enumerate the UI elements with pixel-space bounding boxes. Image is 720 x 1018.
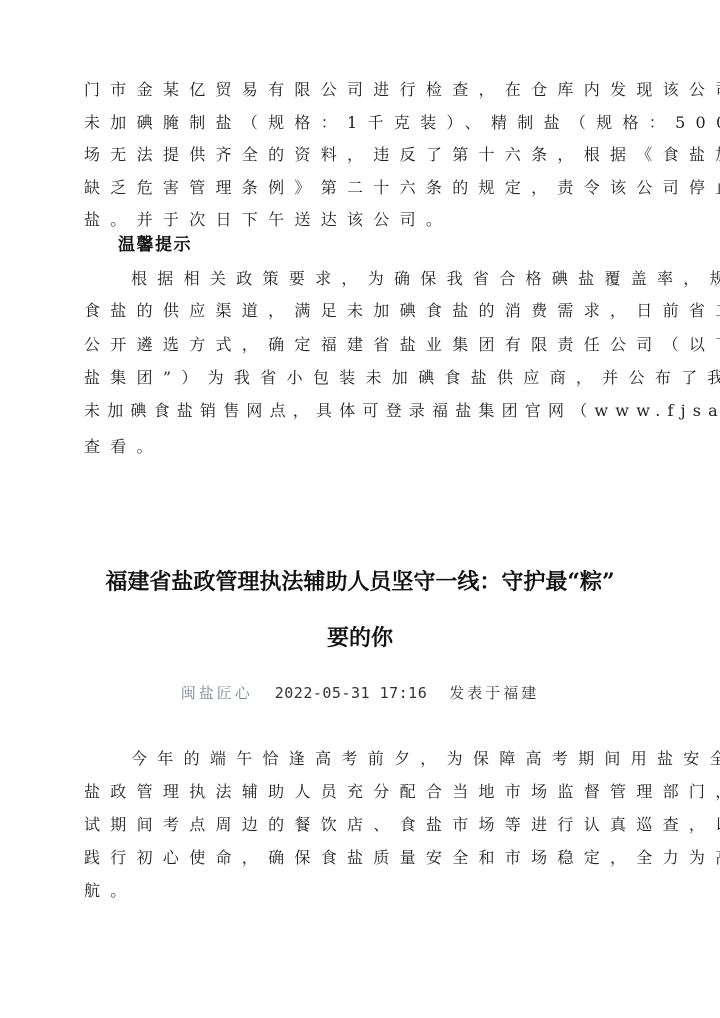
paragraph-line: 缺乏危害管理条例》第二十六条的规定，责令该公司停止销售无碘 (84, 178, 720, 198)
paragraph-line: 今年的端午恰逢高考前夕，为保障高考期间用盐安全，福建省 (131, 749, 720, 769)
paragraph-line: 盐政管理执法辅助人员充分配合当地市场监督管理部门，加强对考 (84, 782, 720, 802)
paragraph-line: 未加碘腌制盐（规格：1千克装）、精制盐（规格：500克装），现 (84, 113, 720, 133)
publish-location: 发表于福建 (449, 684, 539, 702)
article-meta: 闽盐匠心2022-05-31 17:16发表于福建 (0, 682, 720, 704)
paragraph-line: 未加碘食盐销售网点，具体可登录福盐集团官网（www.fjsalt.com） (84, 401, 720, 421)
article-title-line2: 要的你 (0, 624, 720, 652)
paragraph-line: 查看。 (84, 437, 163, 457)
paragraph-line: 航。 (84, 881, 137, 901)
paragraph-line: 食盐的供应渠道，满足未加碘食盐的消费需求，日前省工信厅通过 (84, 301, 720, 321)
article-title-line1: 福建省盐政管理执法辅助人员坚守一线：守护最“粽” (0, 568, 720, 596)
author-name[interactable]: 闽盐匠心 (181, 684, 253, 702)
tip-heading: 温馨提示 (118, 234, 192, 256)
paragraph-line: 践行初心使命，确保食盐质量安全和市场稳定，全力为高考保驾护 (84, 848, 720, 868)
paragraph-line: 盐集团”）为我省小包装未加碘食盐供应商，并公布了我省小包装 (84, 368, 720, 388)
paragraph-line: 门市金某亿贸易有限公司进行检查，在仓库内发现该公司经营外省 (84, 80, 720, 100)
paragraph-line: 根据相关政策要求，为确保我省合格碘盐覆盖率，规范未加碘 (131, 269, 720, 289)
paragraph-line: 盐。并于次日下午送达该公司。 (84, 210, 452, 230)
paragraph-line: 试期间考点周边的餐饮店、食盐市场等进行认真巡查，以实际行动 (84, 815, 720, 835)
paragraph-line: 公开遴选方式，确定福建省盐业集团有限责任公司（以下简称“福 (84, 335, 720, 355)
publish-datetime: 2022-05-31 17:16 (275, 684, 428, 702)
paragraph-line: 场无法提供齐全的资料，违反了第十六条，根据《食盐加碘消除碘 (84, 145, 720, 165)
